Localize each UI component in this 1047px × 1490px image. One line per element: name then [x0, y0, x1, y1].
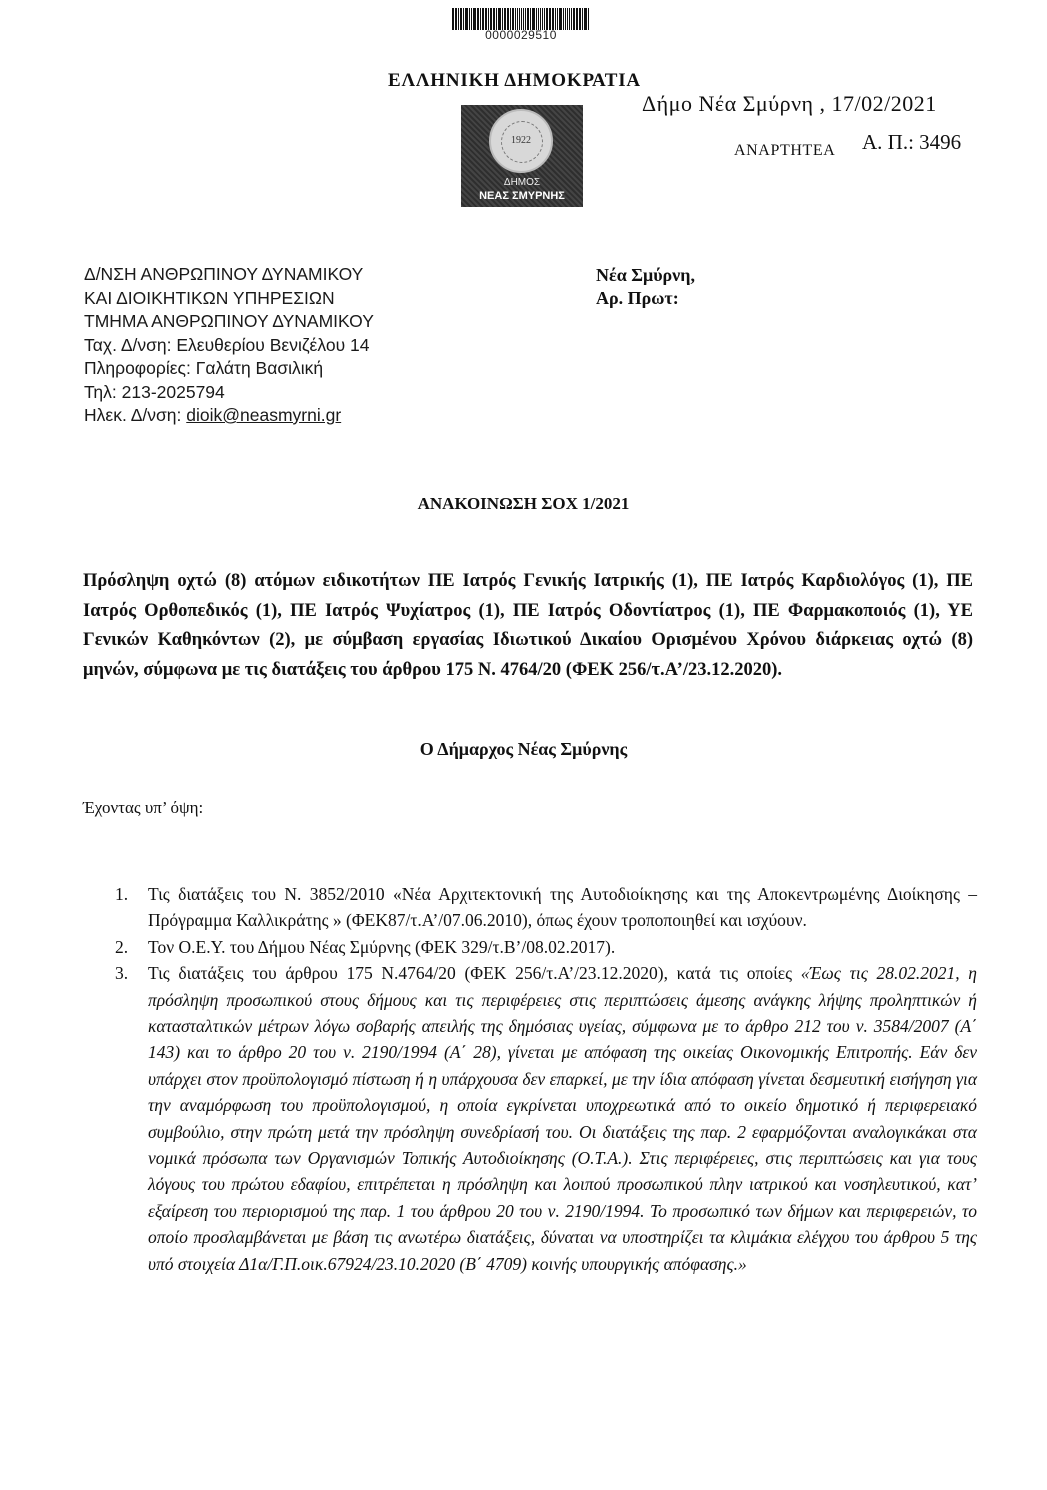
email-link[interactable]: dioik@neasmyrni.gr [186, 405, 341, 425]
barcode-number: 0000029510 [452, 28, 590, 42]
reference-block: Νέα Σμύρνη, Αρ. Πρωτ: [596, 264, 695, 310]
logo-line-2: ΝΕΑΣ ΣΜΥΡΝΗΣ [461, 190, 583, 202]
law-quote: «Έως τις 28.02.2021, η πρόσληψη προσωπικ… [148, 963, 977, 1273]
considerations-list: 1.Τις διατάξεις του Ν. 3852/2010 «Νέα Αρ… [115, 881, 977, 1277]
mayor-heading: Ο Δήμαρχος Νέας Σμύρνης [0, 739, 1047, 760]
protocol-number: Α. Π.: 3496 [862, 130, 961, 155]
reference-protocol-label: Αρ. Πρωτ: [596, 287, 695, 310]
email-label: Ηλεκ. Δ/νση: [84, 405, 186, 425]
barcode [452, 8, 590, 30]
municipality-logo: 1922 ΔΗΜΟΣ ΝΕΑΣ ΣΜΥΡΝΗΣ [461, 105, 583, 207]
sender-line: Δ/ΝΣΗ ΑΝΘΡΩΠΙΝΟΥ ΔΥΝΑΜΙΚΟΥ [84, 263, 374, 287]
municipality-seal-icon: 1922 [489, 109, 553, 173]
having-in-view: Έχοντας υπ’ όψη: [83, 798, 203, 818]
consideration-item: 1.Τις διατάξεις του Ν. 3852/2010 «Νέα Αρ… [115, 881, 977, 934]
hellenic-republic-heading: ΕΛΛΗΝΙΚΗ ΔΗΜΟΚΡΑΤΙΑ [388, 70, 641, 92]
sender-email-row: Ηλεκ. Δ/νση: dioik@neasmyrni.gr [84, 404, 374, 428]
reference-place: Νέα Σμύρνη, [596, 264, 695, 287]
consideration-item: 3.Τις διατάξεις του άρθρου 175 Ν.4764/20… [115, 960, 977, 1277]
announcement-subject: Πρόσληψη οχτώ (8) ατόμων ειδικοτήτων ΠΕ … [83, 567, 973, 685]
sender-line: ΤΜΗΜΑ ΑΝΘΡΩΠΙΝΟΥ ΔΥΝΑΜΙΚΟΥ [84, 310, 374, 334]
announcement-title: ΑΝΑΚΟΙΝΩΣΗ ΣΟΧ 1/2021 [0, 494, 1047, 514]
sender-contact-person: Πληροφορίες: Γαλάτη Βασιλική [84, 357, 374, 381]
place-date: Δήμο Νέα Σμύρνη , 17/02/2021 [642, 91, 937, 117]
sender-address: Ταχ. Δ/νση: Ελευθερίου Βενιζέλου 14 [84, 334, 374, 358]
logo-line-1: ΔΗΜΟΣ [461, 177, 583, 188]
sender-phone: Τηλ: 213-2025794 [84, 381, 374, 405]
posting-stamp: ΑΝΑΡΤΗΤΕΑ [734, 142, 835, 160]
sender-line: ΚΑΙ ΔΙΟΙΚΗΤΙΚΩΝ ΥΠΗΡΕΣΙΩΝ [84, 287, 374, 311]
consideration-item: 2.Τον Ο.Ε.Υ. του Δήμου Νέας Σμύρνης (ΦΕΚ… [115, 934, 977, 960]
sender-block: Δ/ΝΣΗ ΑΝΘΡΩΠΙΝΟΥ ΔΥΝΑΜΙΚΟΥ ΚΑΙ ΔΙΟΙΚΗΤΙΚ… [84, 263, 374, 428]
